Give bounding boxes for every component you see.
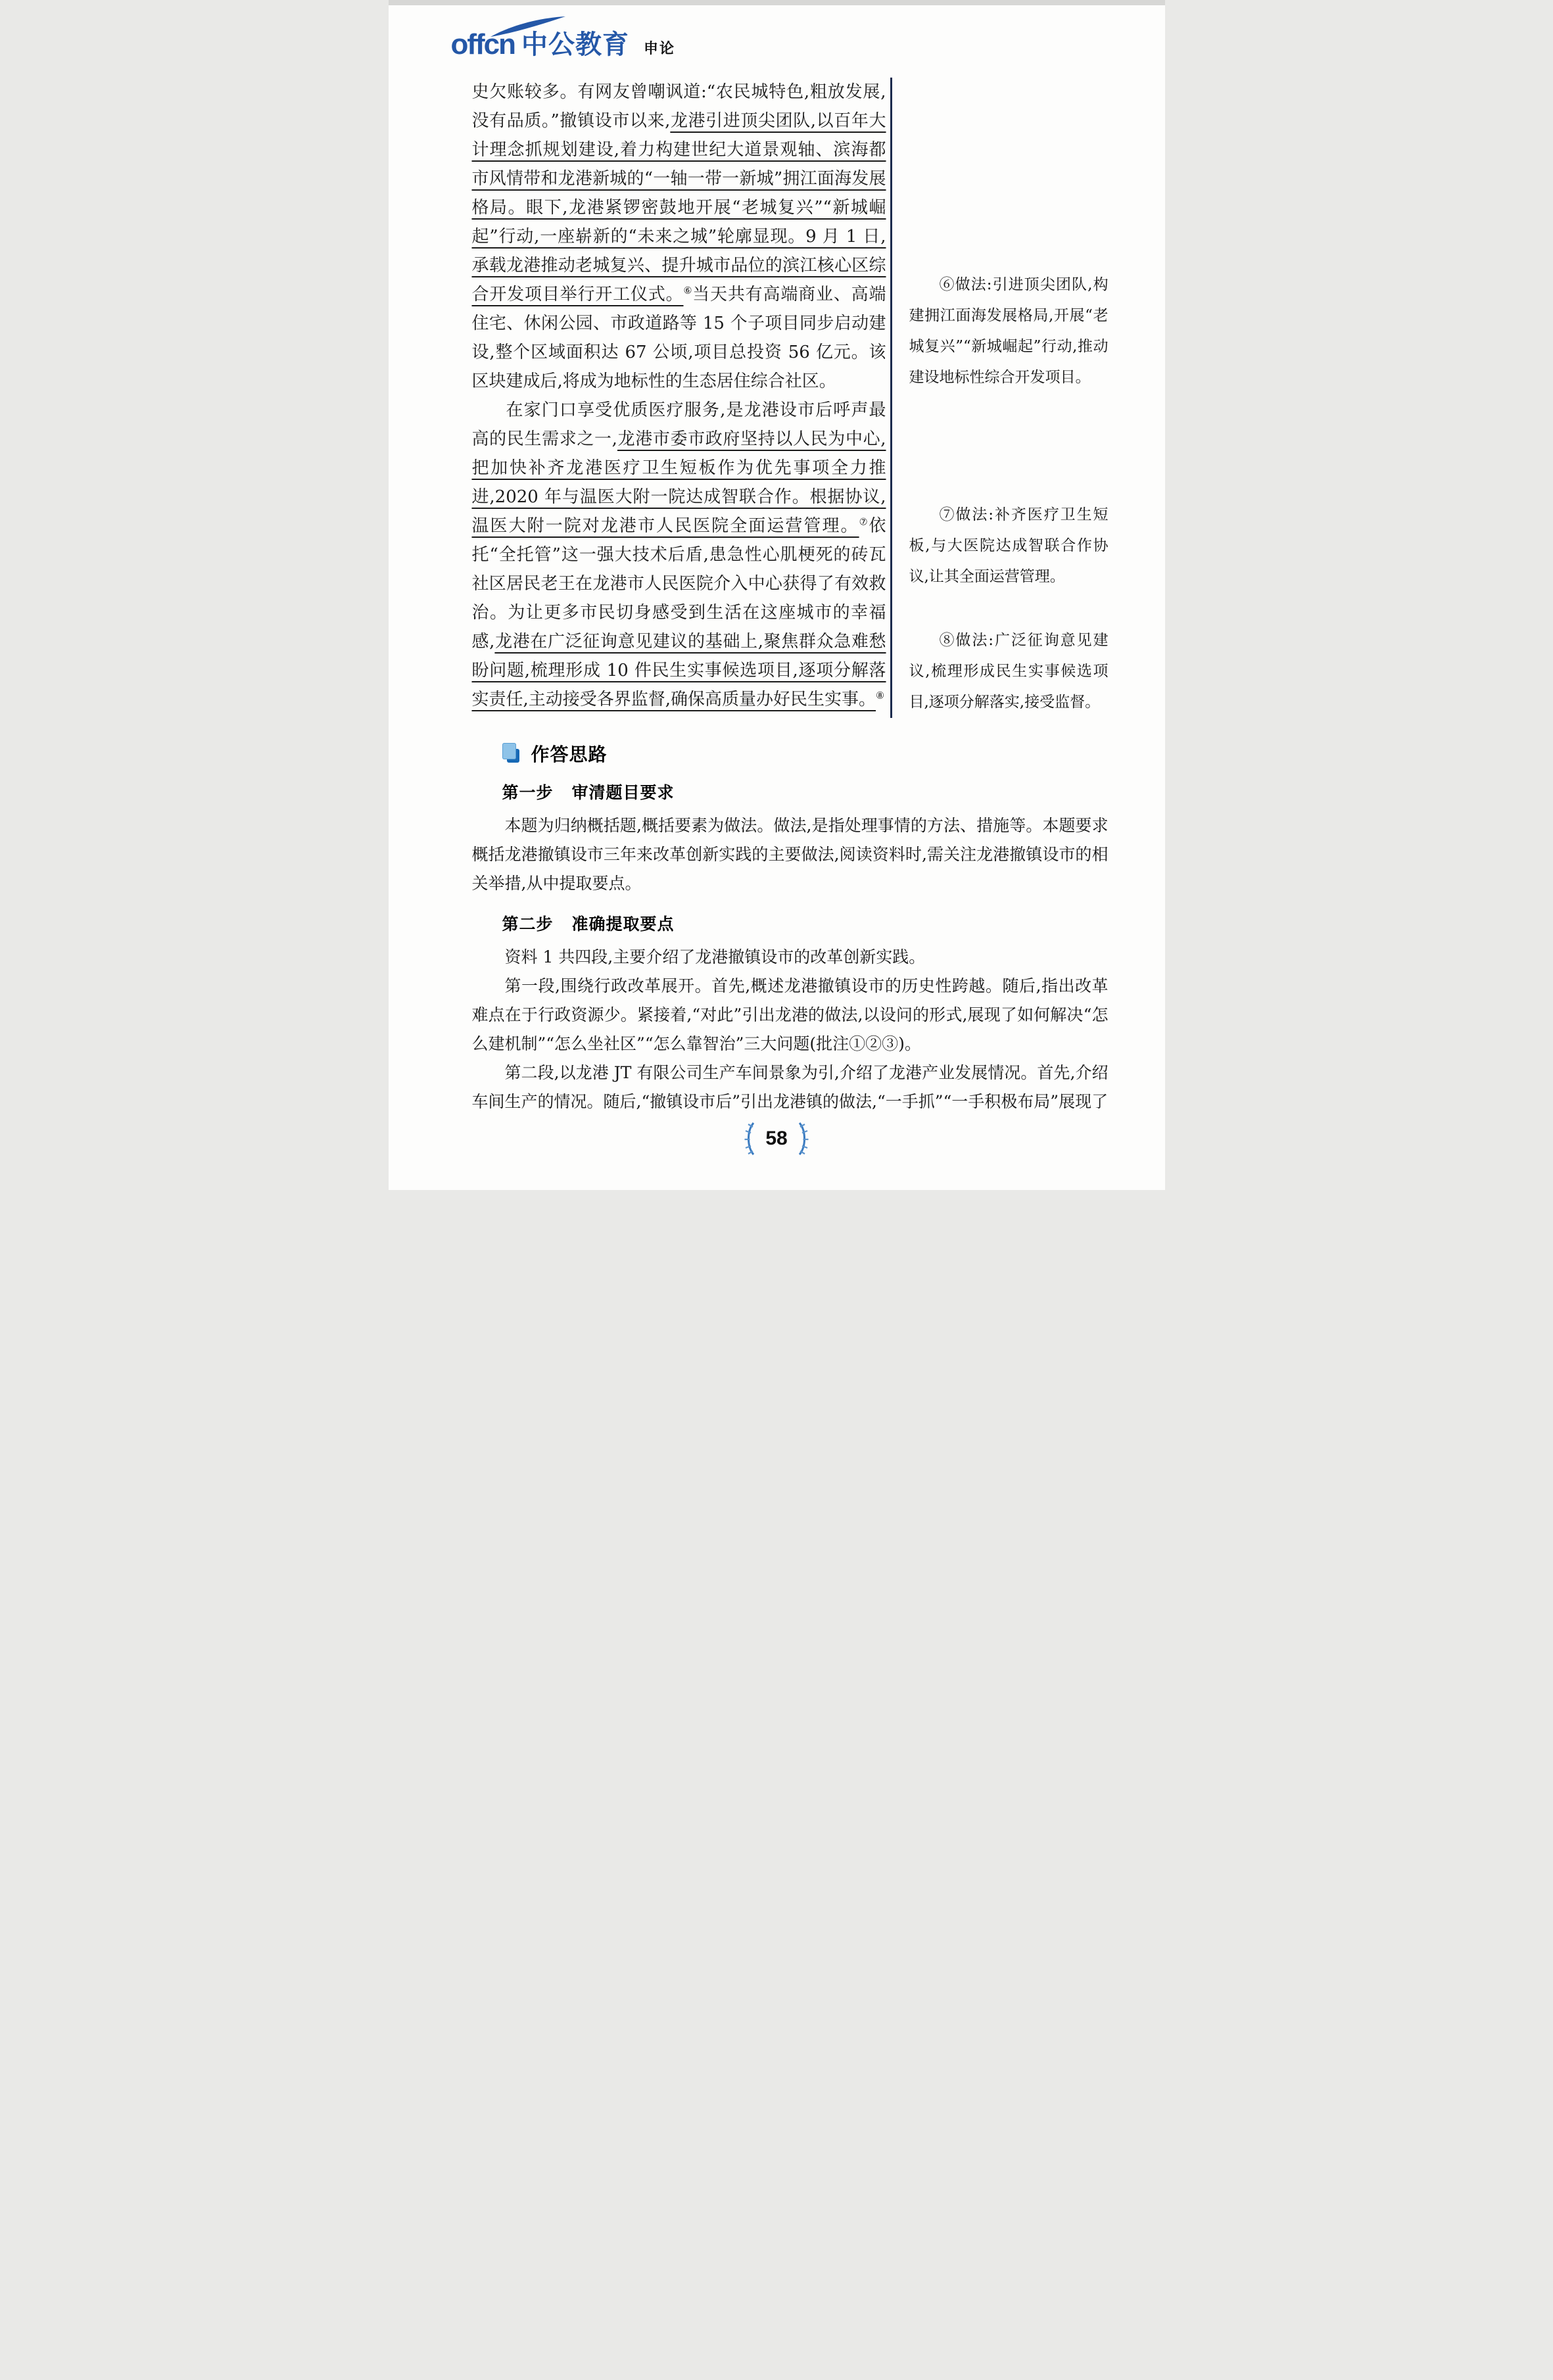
subject-label: 申论: [644, 37, 675, 58]
margin-note-8: ⑧做法:广泛征询意见建议,梳理形成民生实事候选项目,逐项分解落实,接受监督。: [909, 625, 1109, 718]
answer-approach-heading: 作答思路: [501, 740, 1109, 767]
step-2-paragraph: 第一段,围绕行政改革展开。首先,概述龙港撤镇设市的历史性跨越。随后,指出改革难点…: [472, 972, 1109, 1059]
step-1-title: 第一步审清题目要求: [502, 780, 1109, 803]
page-number: 58: [765, 1128, 787, 1150]
step-2-title: 第二步准确提取要点: [502, 911, 1109, 935]
page-header: offcn 中公教育 申论: [451, 30, 676, 59]
step-2-paragraph: 资料 1 共四段,主要介绍了龙港撤镇设市的改革创新实践。: [472, 943, 1109, 972]
answer-approach-section: 作答思路 第一步审清题目要求 本题为归纳概括题,概括要素为做法。做法,是指处理事…: [472, 740, 1109, 1116]
step-1-paragraph: 本题为归纳概括题,概括要素为做法。做法,是指处理事情的方法、措施等。本题要求概括…: [472, 811, 1109, 898]
scan-edge: [389, 0, 1165, 5]
step-1-name: 审清题目要求: [572, 784, 675, 802]
offcn-logo: offcn 中公教育: [451, 30, 630, 59]
article-columns: 史欠账较多。有网友曾嘲讽道:“农民城特色,粗放发展,没有品质。”撤镇设市以来,龙…: [472, 78, 1109, 718]
step-2-name: 准确提取要点: [572, 915, 675, 934]
laurel-left-icon: [743, 1122, 756, 1156]
article-main-column: 史欠账较多。有网友曾嘲讽道:“农民城特色,粗放发展,没有品质。”撤镇设市以来,龙…: [472, 78, 886, 718]
document-stack-icon: [501, 742, 522, 765]
logo-swoosh-icon: [489, 16, 568, 38]
step-2-label: 第二步: [502, 915, 554, 934]
page-content: 史欠账较多。有网友曾嘲讽道:“农民城特色,粗放发展,没有品质。”撤镇设市以来,龙…: [472, 78, 1109, 1116]
margin-notes-column: ⑥做法:引进顶尖团队,构建拥江面海发展格局,开展“老城复兴”“新城崛起”行动,推…: [892, 78, 1109, 718]
answer-approach-title: 作答思路: [531, 740, 608, 767]
page-footer: 58: [389, 1122, 1165, 1156]
article-paragraph: 在家门口享受优质医疗服务,是龙港设市后呼声最高的民生需求之一,龙港市委市政府坚持…: [472, 396, 886, 714]
book-page: offcn 中公教育 申论 史欠账较多。有网友曾嘲讽道:“农民城特色,粗放发展,…: [389, 0, 1165, 1190]
margin-note-6: ⑥做法:引进顶尖团队,构建拥江面海发展格局,开展“老城复兴”“新城崛起”行动,推…: [909, 270, 1109, 393]
article-paragraph: 史欠账较多。有网友曾嘲讽道:“农民城特色,粗放发展,没有品质。”撤镇设市以来,龙…: [472, 78, 886, 396]
margin-note-7: ⑦做法:补齐医疗卫生短板,与大医院达成智联合作协议,让其全面运营管理。: [909, 500, 1109, 592]
laurel-right-icon: [797, 1122, 810, 1156]
step-1-label: 第一步: [502, 784, 554, 802]
step-2-paragraph: 第二段,以龙港 JT 有限公司生产车间景象为引,介绍了龙港产业发展情况。首先,介…: [472, 1059, 1109, 1116]
